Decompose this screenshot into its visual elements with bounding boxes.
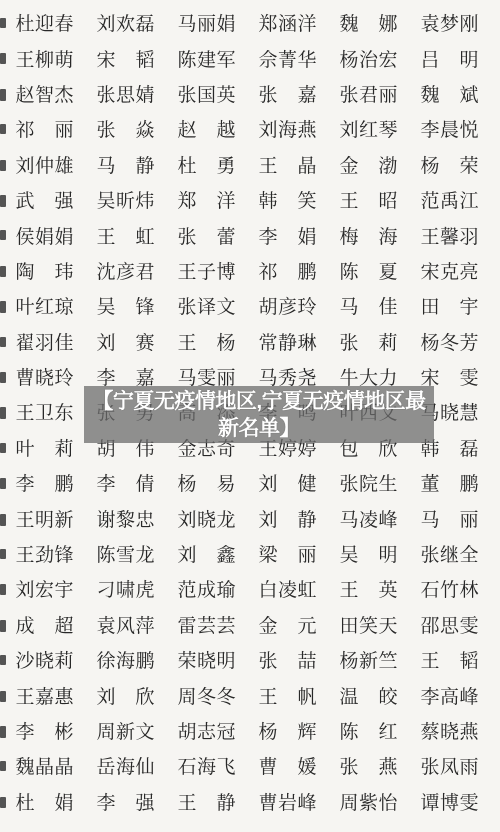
cropped-character-fragment xyxy=(0,726,6,738)
person-name: 李彬 xyxy=(16,723,74,742)
person-name: 王明新 xyxy=(16,511,74,530)
person-name: 王卫东 xyxy=(16,404,74,423)
person-name: 赵越 xyxy=(178,121,236,140)
person-name: 胡志冠 xyxy=(178,723,236,742)
person-name: 刘鑫 xyxy=(178,546,236,565)
person-name: 周紫怡 xyxy=(340,794,398,813)
cropped-character-fragment xyxy=(0,514,6,526)
person-name: 马丽娟 xyxy=(178,15,236,34)
person-name: 成超 xyxy=(16,617,74,636)
person-name: 李娟 xyxy=(259,228,317,247)
cropped-character-fragment xyxy=(0,18,6,28)
person-name: 石竹林 xyxy=(421,581,479,600)
person-name: 刘红琴 xyxy=(340,121,398,140)
person-name: 魏娜 xyxy=(340,15,398,34)
person-name: 侯娟娟 xyxy=(16,228,74,247)
person-name: 李倩 xyxy=(97,475,155,494)
person-name: 张君丽 xyxy=(340,86,398,105)
person-name: 刁啸虎 xyxy=(97,581,155,600)
cropped-character-fragment xyxy=(0,124,6,134)
person-name: 岳海仙 xyxy=(97,758,155,777)
person-name: 韩笑 xyxy=(259,192,317,211)
person-name: 袁风萍 xyxy=(97,617,155,636)
person-name: 叶莉 xyxy=(16,440,74,459)
person-name: 王韬 xyxy=(421,652,479,671)
person-name: 刘欣 xyxy=(97,688,155,707)
cropped-character-fragment xyxy=(0,266,6,277)
person-name: 祁丽 xyxy=(16,121,74,140)
person-name: 马凌峰 xyxy=(340,511,398,530)
person-name: 周冬冬 xyxy=(178,688,236,707)
person-name: 温皎 xyxy=(340,688,398,707)
cropped-character-fragment xyxy=(0,691,6,702)
person-name: 杨冬芳 xyxy=(421,334,479,353)
person-name: 佘菁华 xyxy=(259,51,317,70)
cropped-character-fragment xyxy=(0,53,6,64)
person-name: 翟羽佳 xyxy=(16,334,74,353)
person-name: 金渤 xyxy=(340,157,398,176)
person-name: 张译文 xyxy=(178,298,236,317)
person-name: 张嘉 xyxy=(259,86,317,105)
cropped-character-fragment xyxy=(0,407,6,419)
person-name: 陈红 xyxy=(340,723,398,742)
person-name: 刘欢磊 xyxy=(97,15,155,34)
person-name: 石海飞 xyxy=(178,758,236,777)
person-name: 张国英 xyxy=(178,86,236,105)
person-name: 武强 xyxy=(16,192,74,211)
person-name: 沈彦君 xyxy=(97,263,155,282)
name-list-page: 杜迎春刘欢磊马丽娟郑涵洋魏娜袁梦刚王柳萌宋韬陈建军佘菁华杨治宏吕明赵智杰张思婧张… xyxy=(0,0,500,832)
person-name: 祁鹏 xyxy=(259,263,317,282)
person-name: 王子博 xyxy=(178,263,236,282)
person-name: 王静 xyxy=(178,794,236,813)
person-name: 陶玮 xyxy=(16,263,74,282)
person-name: 马丽 xyxy=(421,511,479,530)
person-name: 谢黎忠 xyxy=(97,511,155,530)
person-name: 董鹏 xyxy=(421,475,479,494)
person-name: 王杨 xyxy=(178,334,236,353)
person-name: 曹岩峰 xyxy=(259,794,317,813)
person-name: 吴昕炜 xyxy=(97,192,155,211)
person-name: 杨易 xyxy=(178,475,236,494)
person-name: 宋韬 xyxy=(97,51,155,70)
person-name: 曹晓玲 xyxy=(16,369,74,388)
person-name: 王劲锋 xyxy=(16,546,74,565)
person-name: 蔡晓燕 xyxy=(421,723,479,742)
person-name: 王柳萌 xyxy=(16,51,74,70)
person-name: 张焱 xyxy=(97,121,155,140)
person-name: 梁丽 xyxy=(259,546,317,565)
person-name: 张继全 xyxy=(421,546,479,565)
person-name: 徐海鹏 xyxy=(97,652,155,671)
caption-overlay-strip: 【宁夏无疫情地区,宁夏无疫情地区最 新名单】 xyxy=(84,386,434,443)
person-name: 王昭 xyxy=(340,192,398,211)
person-name: 梅海 xyxy=(340,228,398,247)
person-name: 杜勇 xyxy=(178,157,236,176)
person-name: 马静 xyxy=(97,157,155,176)
person-name: 杨治宏 xyxy=(340,51,398,70)
person-name: 田笑天 xyxy=(340,617,398,636)
caption-line-1: 【宁夏无疫情地区,宁夏无疫情地区最 xyxy=(92,388,425,415)
person-name: 张思婧 xyxy=(97,86,155,105)
person-name: 王虹 xyxy=(97,228,155,247)
person-name: 杨荣 xyxy=(421,157,479,176)
cropped-character-fragment xyxy=(0,620,6,632)
person-name: 李高峰 xyxy=(421,688,479,707)
cropped-character-fragment xyxy=(0,230,6,240)
person-name: 杨辉 xyxy=(259,723,317,742)
person-name: 王英 xyxy=(340,581,398,600)
person-name: 白凌虹 xyxy=(259,581,317,600)
person-name: 刘仲雄 xyxy=(16,157,74,176)
cropped-character-fragment xyxy=(0,337,6,347)
person-name: 陈雪龙 xyxy=(97,546,155,565)
person-name: 金元 xyxy=(259,617,317,636)
person-name: 张凤雨 xyxy=(421,758,479,777)
person-name: 刘海燕 xyxy=(259,121,317,140)
person-name: 郑洋 xyxy=(178,192,236,211)
person-name: 赵智杰 xyxy=(16,86,74,105)
person-name: 陈建军 xyxy=(178,51,236,70)
person-name: 常静琳 xyxy=(259,334,317,353)
cropped-character-fragment xyxy=(0,761,6,771)
person-name: 魏斌 xyxy=(421,86,479,105)
cropped-character-fragment xyxy=(0,549,6,559)
cropped-character-fragment xyxy=(0,372,6,383)
person-name: 吴锋 xyxy=(97,298,155,317)
person-name: 刘静 xyxy=(259,511,317,530)
person-name: 张莉 xyxy=(340,334,398,353)
person-name: 刘晓龙 xyxy=(178,511,236,530)
person-name: 刘赛 xyxy=(97,334,155,353)
person-name: 杜迎春 xyxy=(16,15,74,34)
person-name: 雷芸芸 xyxy=(178,617,236,636)
person-name: 杨新竺 xyxy=(340,652,398,671)
person-name: 田宇 xyxy=(421,298,479,317)
person-name: 刘健 xyxy=(259,475,317,494)
person-name: 曹媛 xyxy=(259,758,317,777)
person-name: 胡彦玲 xyxy=(259,298,317,317)
cropped-character-fragment xyxy=(0,584,6,595)
person-name: 王嘉惠 xyxy=(16,688,74,707)
person-name: 陈夏 xyxy=(340,263,398,282)
person-name: 王馨羽 xyxy=(421,228,479,247)
cropped-character-fragment xyxy=(0,160,6,171)
person-name: 吴明 xyxy=(340,546,398,565)
person-name: 杜娟 xyxy=(16,794,74,813)
cropped-character-fragment xyxy=(0,478,6,489)
person-name: 郑涵洋 xyxy=(259,15,317,34)
person-name: 吕明 xyxy=(421,51,479,70)
person-name: 李强 xyxy=(97,794,155,813)
caption-line-2: 新名单】 xyxy=(218,415,300,442)
person-name: 刘宏宇 xyxy=(16,581,74,600)
person-name: 周新文 xyxy=(97,723,155,742)
person-name: 袁梦刚 xyxy=(421,15,479,34)
person-name: 马佳 xyxy=(340,298,398,317)
cropped-character-fragment xyxy=(0,655,6,665)
cropped-character-fragment xyxy=(0,797,6,808)
person-name: 王帆 xyxy=(259,688,317,707)
person-name: 张喆 xyxy=(259,652,317,671)
cropped-character-fragment xyxy=(0,443,6,453)
person-name: 宋克亮 xyxy=(421,263,479,282)
cropped-character-fragment xyxy=(0,195,6,207)
person-name: 范成瑜 xyxy=(178,581,236,600)
person-name: 范禹江 xyxy=(421,192,479,211)
person-name: 邵思雯 xyxy=(421,617,479,636)
person-name: 王晶 xyxy=(259,157,317,176)
person-name: 张蕾 xyxy=(178,228,236,247)
person-name: 张燕 xyxy=(340,758,398,777)
person-name: 沙晓莉 xyxy=(16,652,74,671)
person-name: 李鹏 xyxy=(16,475,74,494)
person-name: 魏晶晶 xyxy=(16,758,74,777)
person-name: 荣晓明 xyxy=(178,652,236,671)
cropped-character-fragment xyxy=(0,89,6,101)
cropped-character-fragment xyxy=(0,301,6,313)
person-name: 叶红琼 xyxy=(16,298,74,317)
person-name: 张院生 xyxy=(340,475,398,494)
person-name: 谭博雯 xyxy=(421,794,479,813)
person-name: 李晨悦 xyxy=(421,121,479,140)
